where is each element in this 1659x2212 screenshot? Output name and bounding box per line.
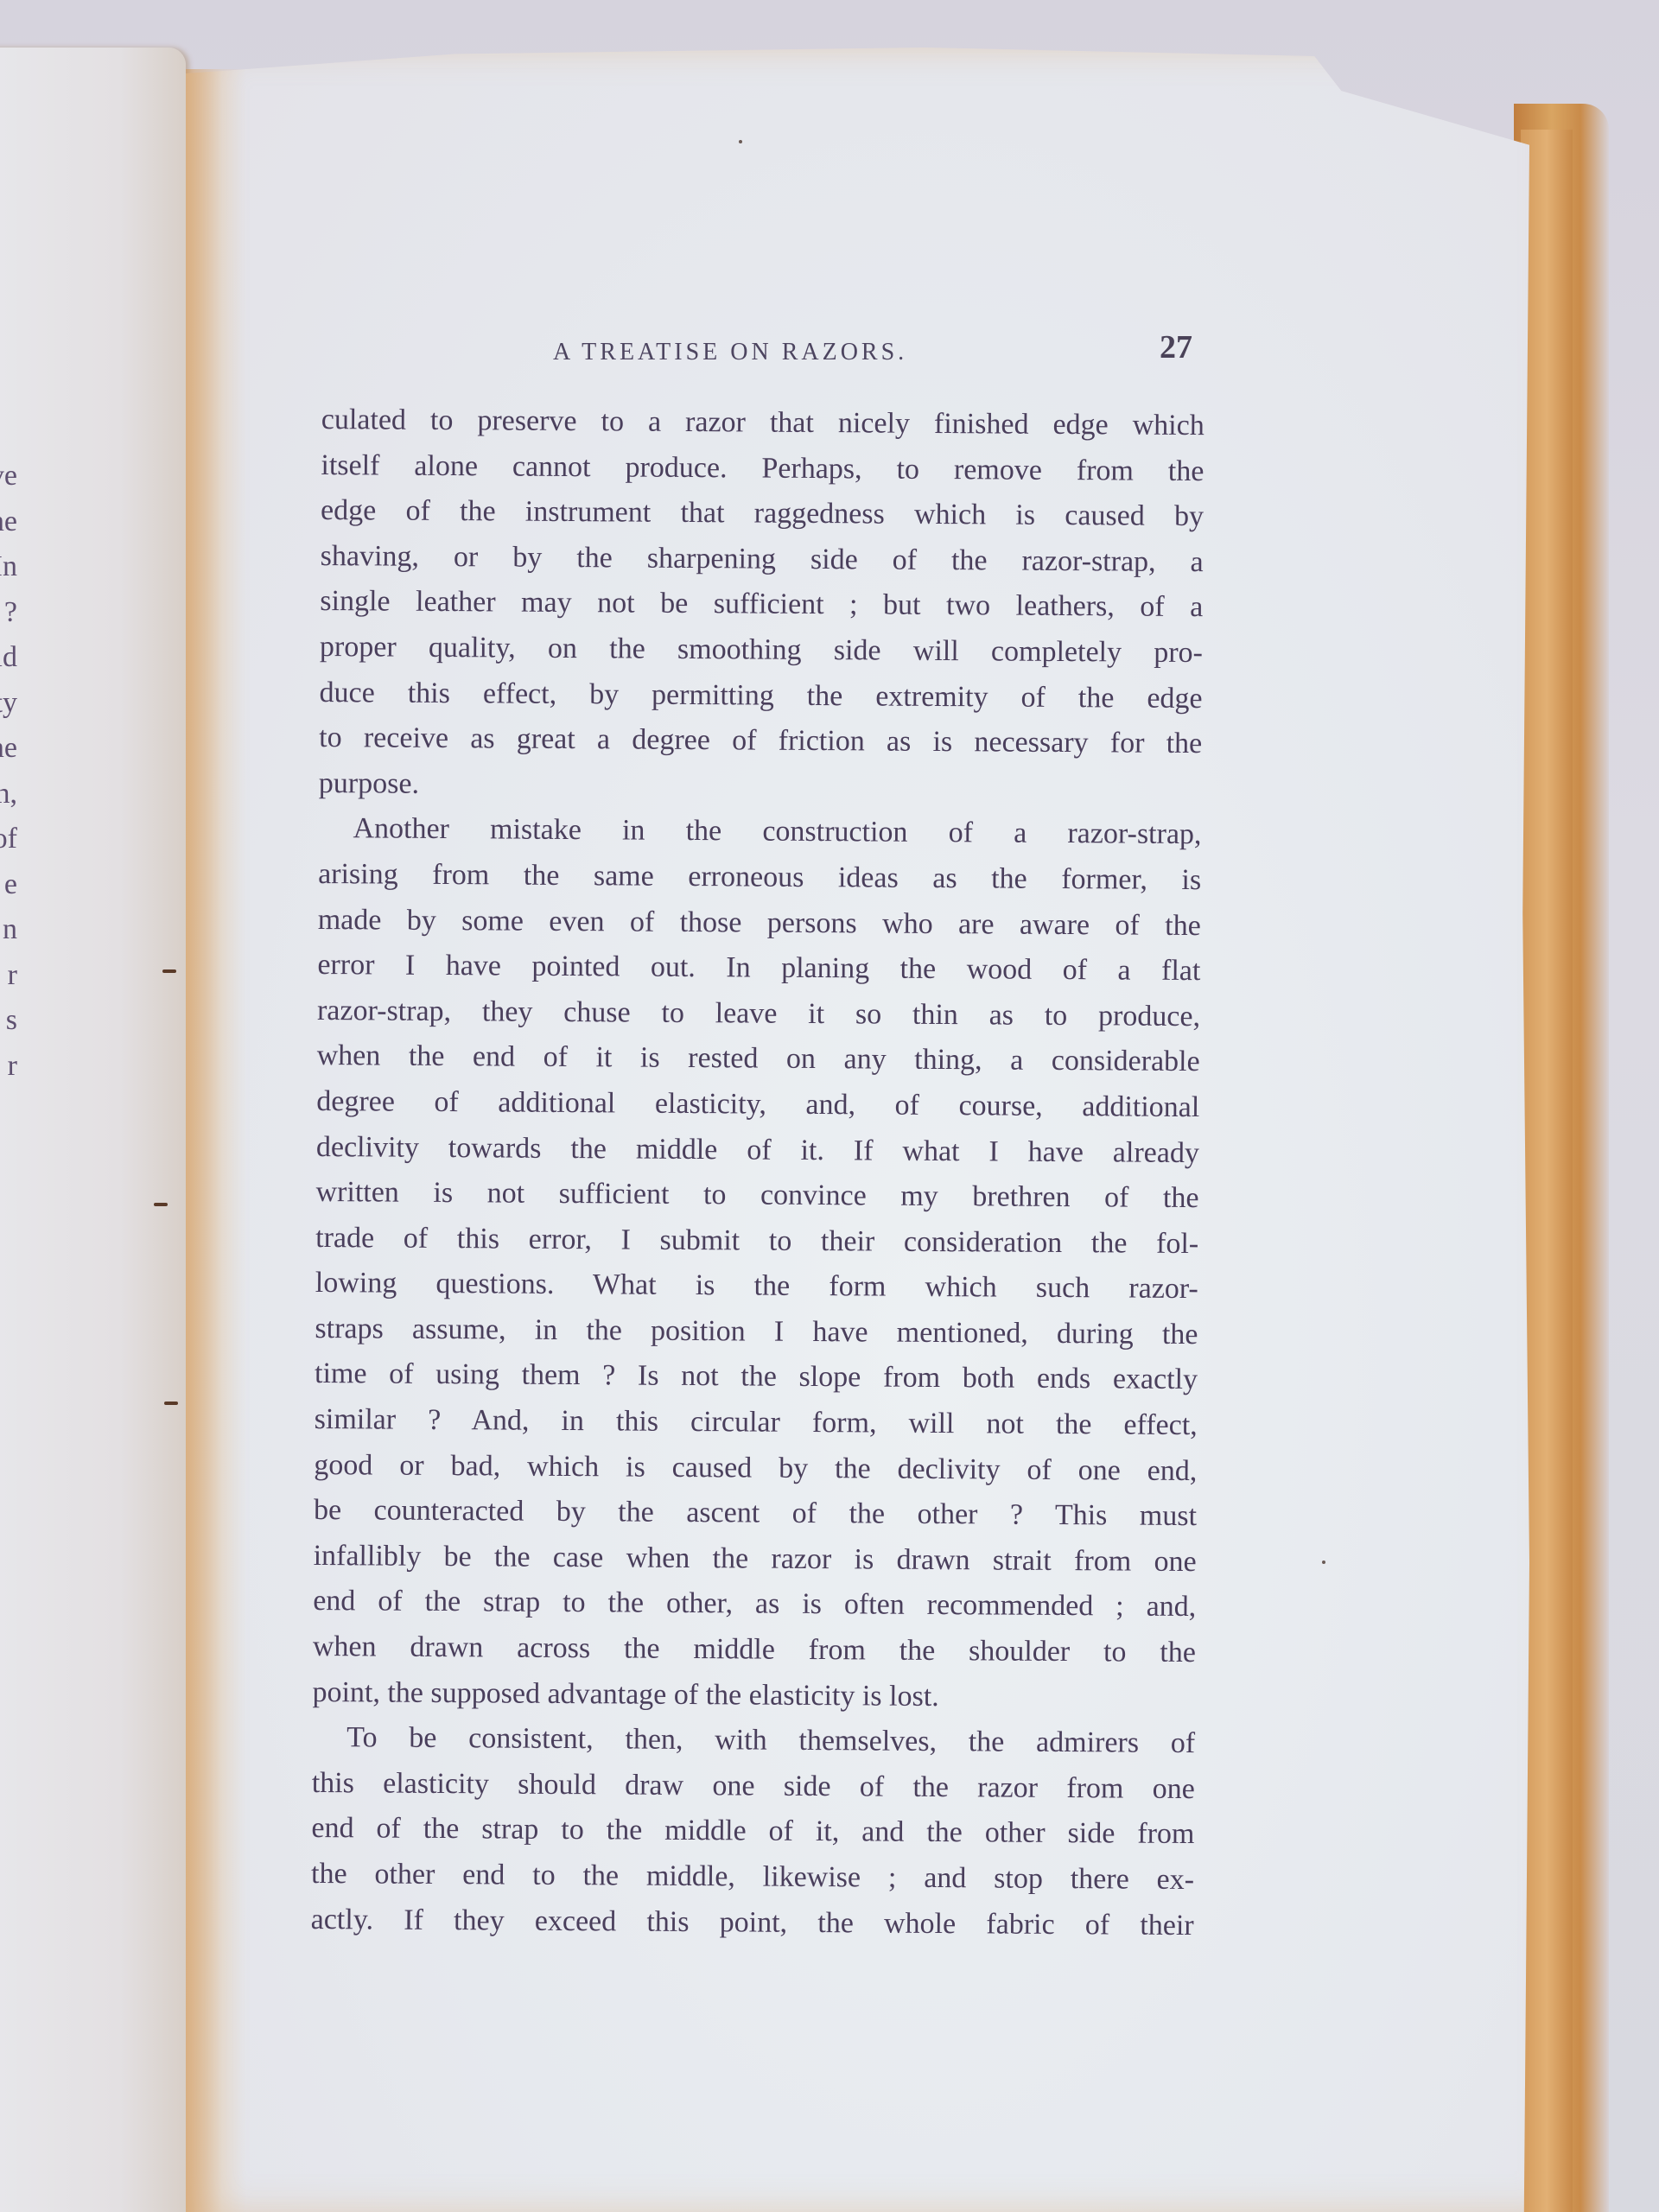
- text-line: written is not sufficient to convince my…: [315, 1170, 1198, 1222]
- text-line: infallibly be the case when the razor is…: [313, 1534, 1196, 1586]
- left-fragment: e ?: [0, 590, 17, 636]
- text-line: similar ? And, in this circular form, wi…: [315, 1397, 1198, 1449]
- running-head: A TREATISE ON RAZORS.: [553, 339, 907, 366]
- text-line: good or bad, which is caused by the decl…: [314, 1443, 1197, 1495]
- left-fragment: r: [0, 1044, 17, 1090]
- text-line: to receive as great a degree of friction…: [319, 715, 1202, 767]
- text-line: when drawn across the middle from the sh…: [313, 1624, 1196, 1676]
- text-line: itself alone cannot produce. Perhaps, to…: [321, 443, 1204, 495]
- text-line: single leather may not be sufficient ; b…: [320, 579, 1203, 631]
- text-line: actly. If they exceed this point, the wh…: [311, 1897, 1194, 1949]
- text-line: shaving, or by the sharpening side of th…: [321, 534, 1204, 586]
- left-fragment: r: [0, 953, 17, 999]
- left-fragment: e: [0, 862, 17, 908]
- binding-stitch-mark: [154, 1203, 168, 1206]
- left-fragment: of: [0, 817, 17, 862]
- text-line: point, the supposed advantage of the ela…: [312, 1670, 1195, 1722]
- left-fragment: ive: [0, 454, 17, 499]
- left-fragment: ty: [0, 681, 17, 727]
- text-line: straps assume, in the position I have me…: [315, 1306, 1198, 1358]
- left-fragment: In: [0, 544, 17, 590]
- text-line: arising from the same erroneous ideas as…: [318, 852, 1201, 904]
- gutter-shadow: [186, 69, 246, 2212]
- text-line: end of the strap to the other, as is oft…: [313, 1579, 1196, 1630]
- left-fragment: ıld: [0, 635, 17, 681]
- body-text: culated to preserve to a razor that nice…: [311, 397, 1205, 1948]
- left-fragment: n,: [0, 772, 17, 817]
- text-line: error I have pointed out. In planing the…: [317, 943, 1200, 995]
- binding-stitch-mark: [162, 969, 176, 973]
- text-line: the other end to the middle, likewise ; …: [311, 1852, 1194, 1904]
- text-line: razor-strap, they chuse to leave it so t…: [317, 988, 1200, 1040]
- text-line: this elasticity should draw one side of …: [312, 1761, 1195, 1813]
- left-page: ive the In e ? ıld ty ne n, of e n r s r: [0, 48, 186, 2212]
- text-line: declivity towards the middle of it. If w…: [316, 1124, 1199, 1176]
- binding-stitch-mark: [164, 1402, 178, 1405]
- text-line: end of the strap to the middle of it, an…: [311, 1806, 1194, 1858]
- text-line: edge of the instrument that raggedness w…: [321, 488, 1204, 540]
- paper-speck: [739, 140, 742, 143]
- text-line: be counteracted by the ascent of the oth…: [314, 1488, 1197, 1540]
- text-line: purpose.: [319, 761, 1202, 813]
- left-fragment: ne: [0, 726, 17, 772]
- book-cover-edge-inner: [1521, 130, 1573, 2212]
- text-line: duce this effect, by permitting the extr…: [319, 671, 1202, 722]
- text-line: trade of this error, I submit to their c…: [315, 1216, 1198, 1268]
- text-line: To be consistent, then, with themselves,…: [312, 1715, 1195, 1767]
- text-line: degree of additional elasticity, and, of…: [316, 1079, 1199, 1131]
- text-line: Another mistake in the construction of a…: [318, 806, 1201, 858]
- text-line: made by some even of those persons who a…: [318, 898, 1201, 950]
- left-page-text-fragments: ive the In e ? ıld ty ne n, of e n r s r: [0, 454, 17, 1089]
- text-line: proper quality, on the smoothing side wi…: [320, 625, 1203, 677]
- text-line: when the end of it is rested on any thin…: [316, 1033, 1199, 1085]
- text-line: lowing questions. What is the form which…: [315, 1261, 1198, 1313]
- text-line: time of using them ? Is not the slope fr…: [315, 1351, 1198, 1403]
- left-fragment: n: [0, 907, 17, 953]
- page-number: 27: [1160, 328, 1192, 366]
- text-line: culated to preserve to a razor that nice…: [321, 397, 1205, 449]
- left-fragment: the: [0, 499, 17, 545]
- paper-speck: [1322, 1560, 1325, 1564]
- left-fragment: s: [0, 998, 17, 1044]
